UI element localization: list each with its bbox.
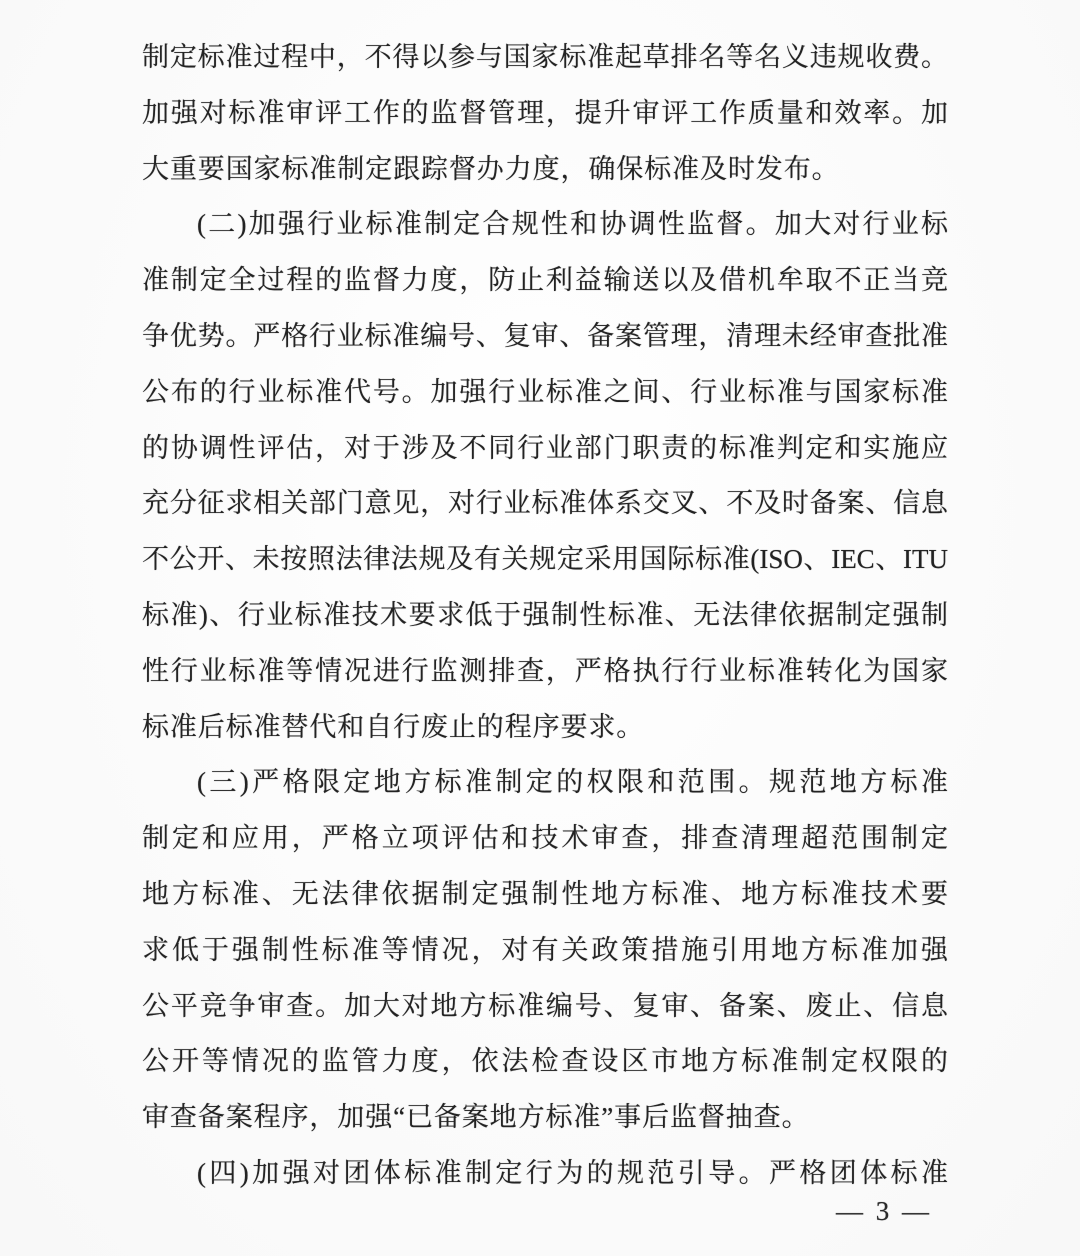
text-line: 标准后标准替代和自行废止的程序要求。 xyxy=(142,700,948,756)
text-line: 充分征求相关部门意见，对行业标准体系交叉、不及时备案、信息 xyxy=(142,476,948,532)
text-line: 公布的行业标准代号。加强行业标准之间、行业标准与国家标准 xyxy=(142,365,948,421)
text-line: 加强对标准审评工作的监督管理，提升审评工作质量和效率。加 xyxy=(142,86,948,142)
text-line: (四)加强对团体标准制定行为的规范引导。严格团体标准 xyxy=(142,1146,948,1202)
text-line: 不公开、未按照法律法规及有关规定采用国际标准(ISO、IEC、ITU xyxy=(142,532,948,588)
text-line: 求低于强制性标准等情况，对有关政策措施引用地方标准加强 xyxy=(142,923,948,979)
text-line: 的协调性评估，对于涉及不同行业部门职责的标准判定和实施应 xyxy=(142,421,948,477)
text-line: (三)严格限定地方标准制定的权限和范围。规范地方标准 xyxy=(142,755,948,811)
text-line: 性行业标准等情况进行监测排查，严格执行行业标准转化为国家 xyxy=(142,644,948,700)
text-line: 审查备案程序，加强“已备案地方标准”事后监督抽查。 xyxy=(142,1090,948,1146)
page-number: — 3 — xyxy=(836,1196,932,1227)
text-line: 制定和应用，严格立项评估和技术审查，排查清理超范围制定 xyxy=(142,811,948,867)
text-line: 大重要国家标准制定跟踪督办力度，确保标准及时发布。 xyxy=(142,142,948,198)
text-line: 争优势。严格行业标准编号、复审、备案管理，清理未经审查批准 xyxy=(142,309,948,365)
text-line: 地方标准、无法律依据制定强制性地方标准、地方标准技术要 xyxy=(142,867,948,923)
text-line: 制定标准过程中，不得以参与国家标准起草排名等名义违规收费。 xyxy=(142,30,948,86)
text-lines: 制定标准过程中，不得以参与国家标准起草排名等名义违规收费。加强对标准审评工作的监… xyxy=(142,30,948,1202)
text-line: 公平竞争审查。加大对地方标准编号、复审、备案、废止、信息 xyxy=(142,979,948,1035)
text-line: (二)加强行业标准制定合规性和协调性监督。加大对行业标 xyxy=(142,197,948,253)
text-line: 准制定全过程的监督力度，防止利益输送以及借机牟取不正当竞 xyxy=(142,253,948,309)
text-line: 公开等情况的监管力度，依法检查设区市地方标准制定权限的 xyxy=(142,1034,948,1090)
text-line: 标准)、行业标准技术要求低于强制性标准、无法律依据制定强制 xyxy=(142,588,948,644)
document-page: 制定标准过程中，不得以参与国家标准起草排名等名义违规收费。加强对标准审评工作的监… xyxy=(0,0,1080,1256)
